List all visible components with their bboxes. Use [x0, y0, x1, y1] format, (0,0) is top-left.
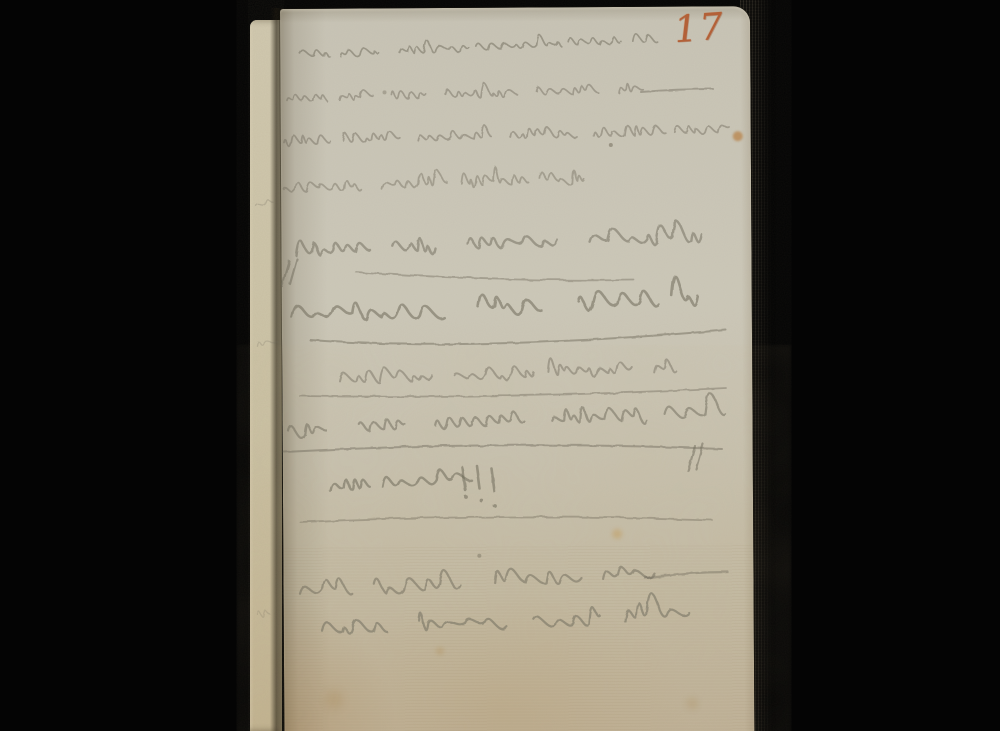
foxing-speck — [325, 691, 343, 709]
foxing-speck — [612, 529, 622, 539]
page-number: 17 — [673, 7, 727, 51]
photo-frame: 17 Wo und wann seh ich SieMorgen wegen d… — [0, 0, 1000, 731]
foxing-speck — [477, 554, 481, 558]
foxing-speck — [609, 143, 613, 147]
foxing-speck — [686, 697, 698, 709]
foxing-speck — [436, 647, 444, 655]
foxing-speck — [733, 131, 743, 141]
foxing-speck — [382, 90, 386, 94]
notebook-page: 17 — [280, 6, 754, 731]
